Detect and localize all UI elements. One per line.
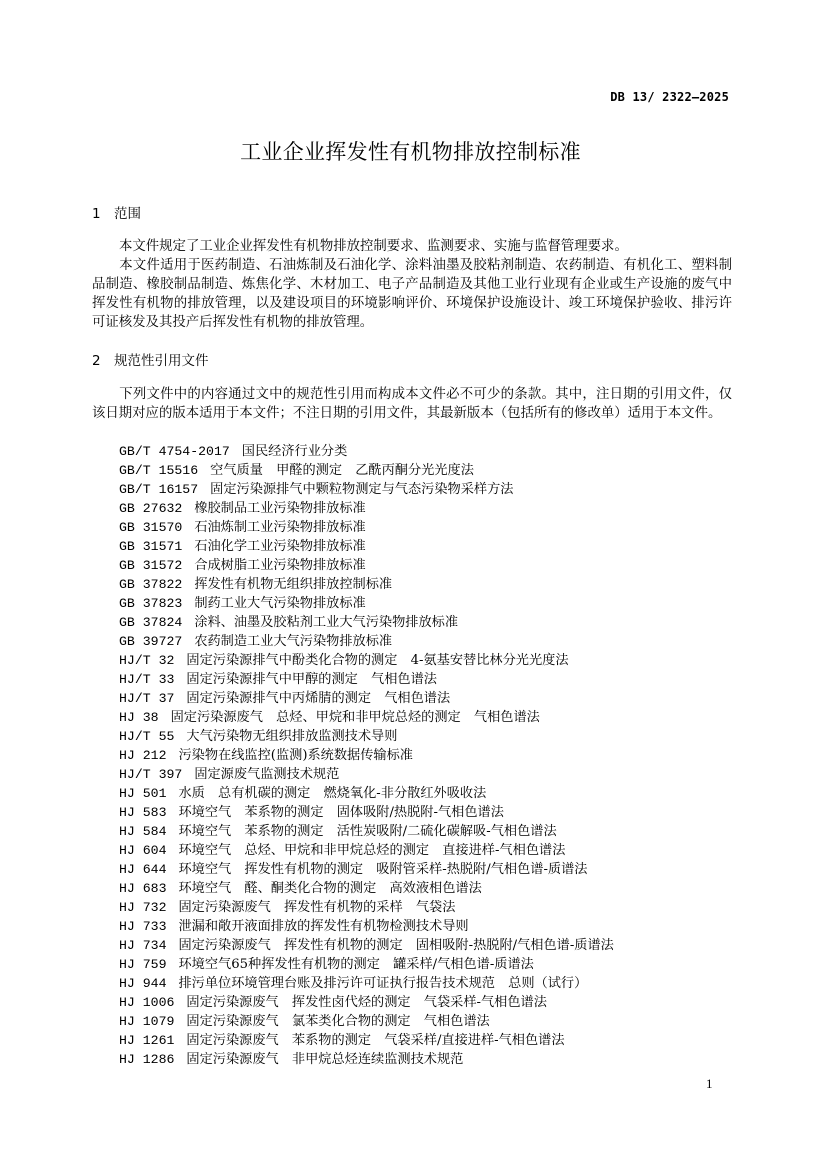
- reference-title: 制药工业大气污染物排放标准: [194, 596, 365, 611]
- reference-item: HJ 1079固定污染源废气 氯苯类化合物的测定 气相色谱法: [119, 1012, 614, 1031]
- reference-code: GB/T 15516: [119, 463, 198, 478]
- section-heading-scope: 1范围: [92, 202, 141, 222]
- reference-item: GB 27632橡胶制品工业污染物排放标准: [119, 499, 614, 518]
- reference-item: HJ 683环境空气 醛、酮类化合物的测定 高效液相色谱法: [119, 879, 614, 898]
- document-title: 工业企业挥发性有机物排放控制标准: [0, 136, 821, 166]
- reference-item: GB 37822挥发性有机物无组织排放控制标准: [119, 575, 614, 594]
- reference-item: GB 31572合成树脂工业污染物排放标准: [119, 556, 614, 575]
- reference-title: 石油炼制工业污染物排放标准: [194, 520, 365, 535]
- reference-code: HJ 1079: [119, 1014, 174, 1029]
- reference-title: 涂料、油墨及胶粘剂工业大气污染物排放标准: [194, 615, 458, 630]
- reference-item: GB 37823制药工业大气污染物排放标准: [119, 594, 614, 613]
- reference-title: 固定污染源废气 苯系物的测定 气袋采样/直接进样-气相色谱法: [186, 1033, 564, 1048]
- reference-title: 环境空气 挥发性有机物的测定 吸附管采样-热脱附/气相色谱-质谱法: [178, 862, 587, 877]
- reference-title: 橡胶制品工业污染物排放标准: [194, 501, 365, 516]
- reference-code: HJ 501: [119, 786, 166, 801]
- reference-item: HJ 1261固定污染源废气 苯系物的测定 气袋采样/直接进样-气相色谱法: [119, 1031, 614, 1050]
- reference-code: GB 37822: [119, 577, 182, 592]
- section-heading-normative-references: 2规范性引用文件: [92, 349, 209, 369]
- scope-paragraph-1: 本文件规定了工业企业挥发性有机物排放控制要求、监测要求、实施与监督管理要求。: [92, 237, 732, 256]
- reference-code: HJ/T 37: [119, 691, 174, 706]
- reference-code: HJ 734: [119, 938, 166, 953]
- reference-code: GB 31571: [119, 539, 182, 554]
- reference-title: 农药制造工业大气污染物排放标准: [194, 634, 392, 649]
- reference-code: GB 39727: [119, 634, 182, 649]
- reference-title: 固定源废气监测技术规范: [194, 767, 339, 782]
- reference-title: 固定污染源废气 总烃、甲烷和非甲烷总烃的测定 气相色谱法: [171, 710, 540, 725]
- reference-code: HJ 604: [119, 843, 166, 858]
- reference-item: HJ 644环境空气 挥发性有机物的测定 吸附管采样-热脱附/气相色谱-质谱法: [119, 860, 614, 879]
- reference-title: 固定污染源废气 挥发性有机物的测定 固相吸附-热脱附/气相色谱-质谱法: [178, 938, 613, 953]
- reference-code: GB 37823: [119, 596, 182, 611]
- reference-item: GB 37824涂料、油墨及胶粘剂工业大气污染物排放标准: [119, 613, 614, 632]
- page-number: 1: [706, 1076, 713, 1092]
- reference-title: 环境空气 醛、酮类化合物的测定 高效液相色谱法: [178, 881, 481, 896]
- section-number: 2: [92, 353, 114, 369]
- reference-code: GB 31572: [119, 558, 182, 573]
- reference-item: HJ 212污染物在线监控(监测)系统数据传输标准: [119, 746, 614, 765]
- reference-item: HJ 604环境空气 总烃、甲烷和非甲烷总烃的测定 直接进样-气相色谱法: [119, 841, 614, 860]
- reference-title: 环境空气 总烃、甲烷和非甲烷总烃的测定 直接进样-气相色谱法: [178, 843, 565, 858]
- reference-title: 挥发性有机物无组织排放控制标准: [194, 577, 392, 592]
- reference-item: GB 31571石油化学工业污染物排放标准: [119, 537, 614, 556]
- reference-item: HJ 501水质 总有机碳的测定 燃烧氧化-非分散红外吸收法: [119, 784, 614, 803]
- reference-item: HJ/T 37固定污染源排气中丙烯腈的测定 气相色谱法: [119, 689, 614, 708]
- reference-code: GB 37824: [119, 615, 182, 630]
- reference-item: HJ 584环境空气 苯系物的测定 活性炭吸附/二硫化碳解吸-气相色谱法: [119, 822, 614, 841]
- reference-title: 石油化学工业污染物排放标准: [194, 539, 365, 554]
- reference-title: 水质 总有机碳的测定 燃烧氧化-非分散红外吸收法: [178, 786, 486, 801]
- reference-code: HJ 683: [119, 881, 166, 896]
- reference-code: HJ/T 33: [119, 672, 174, 687]
- reference-item: GB/T 16157固定污染源排气中颗粒物测定与气态污染物采样方法: [119, 480, 614, 499]
- reference-code: HJ 944: [119, 976, 166, 991]
- reference-item: HJ 583环境空气 苯系物的测定 固体吸附/热脱附-气相色谱法: [119, 803, 614, 822]
- reference-item: HJ 1006固定污染源废气 挥发性卤代烃的测定 气袋采样-气相色谱法: [119, 993, 614, 1012]
- reference-code: HJ 583: [119, 805, 166, 820]
- scope-paragraph-2: 本文件适用于医药制造、石油炼制及石油化学、涂料油墨及胶粘剂制造、农药制造、有机化…: [92, 256, 732, 332]
- reference-code: GB/T 4754-2017: [119, 444, 230, 459]
- reference-item: HJ/T 55大气污染物无组织排放监测技术导则: [119, 727, 614, 746]
- reference-item: GB 31570石油炼制工业污染物排放标准: [119, 518, 614, 537]
- reference-title: 合成树脂工业污染物排放标准: [194, 558, 365, 573]
- reference-code: HJ/T 32: [119, 653, 174, 668]
- reference-code: HJ 1261: [119, 1033, 174, 1048]
- reference-item: HJ 732固定污染源废气 挥发性有机物的采样 气袋法: [119, 898, 614, 917]
- reference-title: 固定污染源排气中酚类化合物的测定 4-氨基安替比林分光光度法: [186, 653, 568, 668]
- reference-item: HJ 38固定污染源废气 总烃、甲烷和非甲烷总烃的测定 气相色谱法: [119, 708, 614, 727]
- reference-title: 环境空气 苯系物的测定 活性炭吸附/二硫化碳解吸-气相色谱法: [178, 824, 556, 839]
- reference-code: HJ 733: [119, 919, 166, 934]
- reference-code: HJ 732: [119, 900, 166, 915]
- references-intro-paragraph: 下列文件中的内容通过文中的规范性引用而构成本文件必不可少的条款。其中，注日期的引…: [92, 385, 732, 423]
- section-number: 1: [92, 206, 114, 222]
- reference-item: HJ/T 32固定污染源排气中酚类化合物的测定 4-氨基安替比林分光光度法: [119, 651, 614, 670]
- reference-item: HJ 1286固定污染源废气 非甲烷总烃连续监测技术规范: [119, 1050, 614, 1069]
- reference-title: 固定污染源废气 非甲烷总烃连续监测技术规范: [186, 1052, 463, 1067]
- reference-item: GB/T 15516空气质量 甲醛的测定 乙酰丙酮分光光度法: [119, 461, 614, 480]
- reference-list: GB/T 4754-2017国民经济行业分类 GB/T 15516空气质量 甲醛…: [119, 442, 614, 1069]
- reference-item: GB 39727农药制造工业大气污染物排放标准: [119, 632, 614, 651]
- reference-title: 固定污染源排气中丙烯腈的测定 气相色谱法: [186, 691, 450, 706]
- reference-title: 大气污染物无组织排放监测技术导则: [186, 729, 397, 744]
- reference-item: GB/T 4754-2017国民经济行业分类: [119, 442, 614, 461]
- reference-title: 环境空气 苯系物的测定 固体吸附/热脱附-气相色谱法: [178, 805, 503, 820]
- reference-code: GB 31570: [119, 520, 182, 535]
- reference-item: HJ 734固定污染源废气 挥发性有机物的测定 固相吸附-热脱附/气相色谱-质谱…: [119, 936, 614, 955]
- reference-code: HJ 759: [119, 957, 166, 972]
- reference-item: HJ 759环境空气65种挥发性有机物的测定 罐采样/气相色谱-质谱法: [119, 955, 614, 974]
- reference-title: 固定污染源排气中颗粒物测定与气态污染物采样方法: [210, 482, 513, 497]
- reference-code: HJ 38: [119, 710, 159, 725]
- reference-item: HJ/T 397固定源废气监测技术规范: [119, 765, 614, 784]
- reference-title: 国民经济行业分类: [242, 444, 348, 459]
- reference-title: 固定污染源废气 氯苯类化合物的测定 气相色谱法: [186, 1014, 489, 1029]
- reference-title: 固定污染源废气 挥发性有机物的采样 气袋法: [178, 900, 455, 915]
- section-title: 范围: [114, 206, 141, 222]
- reference-title: 排污单位环境管理台账及排污许可证执行报告技术规范 总则（试行）: [178, 976, 587, 991]
- reference-code: HJ/T 55: [119, 729, 174, 744]
- reference-title: 固定污染源废气 挥发性卤代烃的测定 气袋采样-气相色谱法: [186, 995, 547, 1010]
- reference-code: GB/T 16157: [119, 482, 198, 497]
- section-title: 规范性引用文件: [114, 353, 209, 369]
- reference-code: GB 27632: [119, 501, 182, 516]
- reference-code: HJ/T 397: [119, 767, 182, 782]
- reference-item: HJ 944排污单位环境管理台账及排污许可证执行报告技术规范 总则（试行）: [119, 974, 614, 993]
- reference-title: 泄漏和敞开液面排放的挥发性有机物检测技术导则: [178, 919, 468, 934]
- reference-code: HJ 1286: [119, 1052, 174, 1067]
- standard-id: DB 13/ 2322—2025: [610, 90, 729, 104]
- reference-item: HJ 733泄漏和敞开液面排放的挥发性有机物检测技术导则: [119, 917, 614, 936]
- reference-code: HJ 212: [119, 748, 166, 763]
- reference-title: 空气质量 甲醛的测定 乙酰丙酮分光光度法: [210, 463, 474, 478]
- reference-code: HJ 1006: [119, 995, 174, 1010]
- reference-item: HJ/T 33固定污染源排气中甲醇的测定 气相色谱法: [119, 670, 614, 689]
- reference-code: HJ 584: [119, 824, 166, 839]
- reference-title: 污染物在线监控(监测)系统数据传输标准: [178, 748, 412, 763]
- reference-title: 环境空气65种挥发性有机物的测定 罐采样/气相色谱-质谱法: [178, 957, 533, 972]
- reference-code: HJ 644: [119, 862, 166, 877]
- reference-title: 固定污染源排气中甲醇的测定 气相色谱法: [186, 672, 437, 687]
